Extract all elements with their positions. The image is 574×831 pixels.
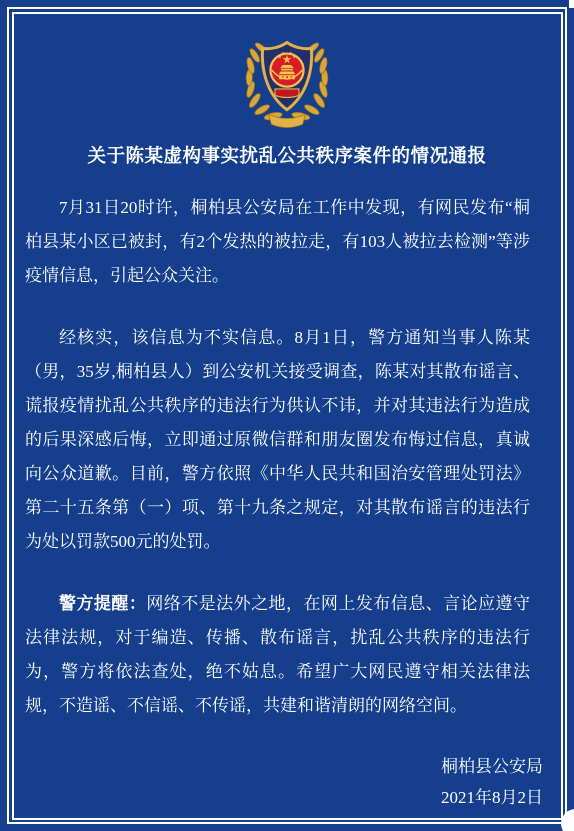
edge-artifact <box>569 0 574 8</box>
signature-agency: 桐柏县公安局 <box>0 751 543 782</box>
police-notice-page: 关于陈某虚构事实扰乱公共秩序案件的情况通报 7月31日20时许，桐柏县公安局在工… <box>0 0 574 831</box>
police-badge-icon <box>241 37 333 129</box>
paragraph-police-reminder: 警方提醒：网络不是法外之地，在网上发布信息、言论应遵守法律法规，对于编造、传播、… <box>25 587 530 723</box>
notice-body: 7月31日20时许，桐柏县公安局在工作中发现，有网民发布“桐柏县某小区已被封，有… <box>0 191 574 723</box>
signature-block: 桐柏县公安局 2021年8月2日 <box>0 751 574 813</box>
notice-title: 关于陈某虚构事实扰乱公共秩序案件的情况通报 <box>25 144 549 168</box>
reminder-label: 警方提醒： <box>59 594 146 613</box>
paragraph-investigation: 经核实，该信息为不实信息。8月1日，警方通知当事人陈某（男，35岁,桐柏县人）到… <box>25 321 530 559</box>
signature-date: 2021年8月2日 <box>0 782 543 813</box>
paragraph-incident: 7月31日20时许，桐柏县公安局在工作中发现，有网民发布“桐柏县某小区已被封，有… <box>25 191 530 293</box>
